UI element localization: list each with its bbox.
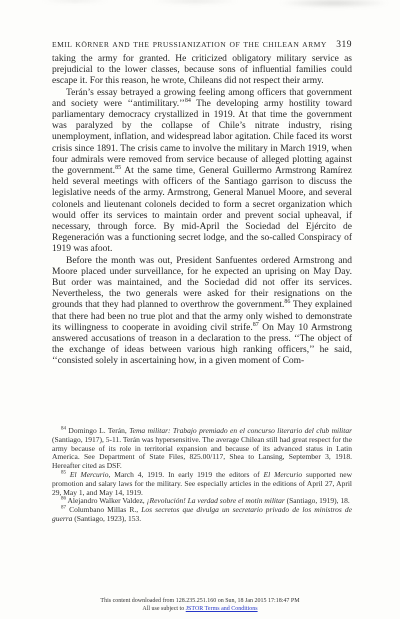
scan-smudge — [278, 0, 390, 8]
text-run: Alejandro Walker Valdez, — [66, 496, 147, 505]
jstor-footer: This content downloaded from 128.235.251… — [0, 598, 400, 613]
italic-title: El Mercurio — [70, 470, 109, 479]
text-run: At the same time, General Guillermo Arms… — [52, 166, 352, 254]
terms-line: All use subject to JSTOR Terms and Condi… — [0, 606, 400, 614]
paragraph: taking the army for granted. He criticiz… — [52, 54, 352, 88]
footnote: 87 Columbano Millas R., Los secretos que… — [52, 506, 352, 524]
scan-smudge — [150, 0, 240, 5]
page-number: 319 — [336, 40, 352, 50]
terms-prefix: All use subject to — [142, 606, 185, 612]
text-run: Columbano Millas R., — [66, 505, 141, 514]
text-run: , March 4, 1919. In early 1919 the edito… — [109, 470, 264, 479]
scan-smudge — [40, 0, 110, 4]
italic-title: Tema militar: Trabajo premiado en el con… — [129, 426, 352, 435]
footnote: 84 Domingo L. Terán, Tema militar: Traba… — [52, 427, 352, 471]
body-text: taking the army for granted. He criticiz… — [52, 54, 352, 368]
italic-title: ¡Revolución! La verdad sobre el motín mi… — [147, 496, 285, 505]
text-run: Domingo L. Terán, — [66, 426, 129, 435]
text-run: (Santiago, 1923), 153. — [72, 514, 141, 523]
italic-title: El Mercurio — [264, 470, 303, 479]
paragraph: Before the month was out, President Sanf… — [52, 256, 352, 368]
text-run: (Santiago, 1919), 18. — [285, 496, 350, 505]
download-stamp: This content downloaded from 128.235.251… — [0, 598, 400, 606]
text-run: The developing army hostility toward par… — [52, 99, 352, 176]
footnote: 85 El Mercurio, March 4, 1919. In early … — [52, 471, 352, 497]
jstor-terms-link[interactable]: JSTOR Terms and Conditions — [186, 606, 258, 612]
paragraph: Terán’s essay betrayed a growing feeling… — [52, 88, 352, 256]
running-header: EMIL KÖRNER AND THE PRUSSIANIZATION OF T… — [52, 40, 352, 50]
text-run: taking the army for granted. He criticiz… — [52, 54, 352, 86]
footnotes: 84 Domingo L. Terán, Tema militar: Traba… — [52, 427, 352, 524]
text-run: (Santiago, 1917), 5-11. Terán was hypers… — [52, 435, 352, 470]
header-title: EMIL KÖRNER AND THE PRUSSIANIZATION OF T… — [52, 40, 327, 49]
